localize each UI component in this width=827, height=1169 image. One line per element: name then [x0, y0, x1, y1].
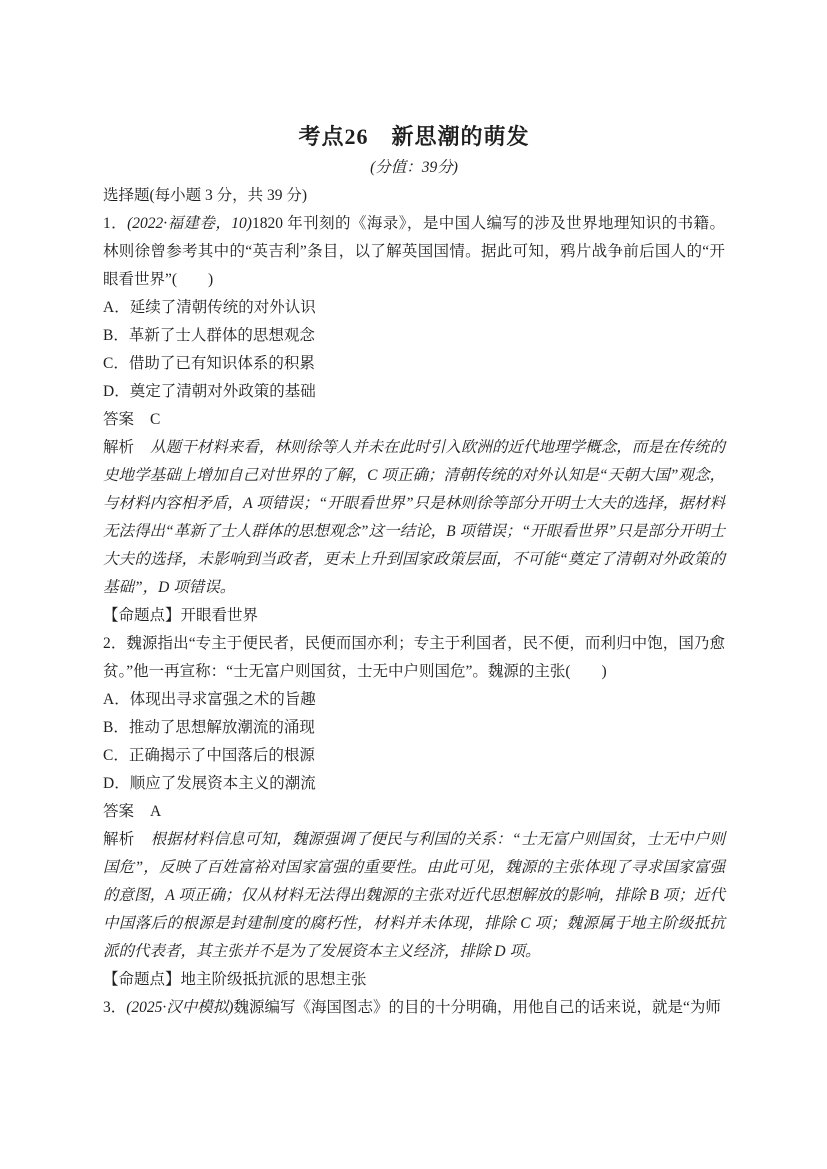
- answer-option: D．奠定了清朝对外政策的基础: [103, 378, 725, 406]
- answer-label: 答案: [103, 803, 134, 820]
- answer-option: C．借助了已有知识体系的积累: [103, 350, 725, 378]
- answer-value: C: [150, 411, 161, 428]
- section-header: 选择题(每小题 3 分，共 39 分): [103, 182, 725, 210]
- analysis-text: 根据材料信息可知，魏源强调了便民与利国的关系：“士无富户则国贫，士无中户则国危”…: [103, 831, 725, 960]
- question-text: 魏源编写《海国图志》的目的十分明确，用他自己的话来说，就是“为师: [233, 999, 720, 1016]
- analysis: 解析根据材料信息可知，魏源强调了便民与利国的关系：“士无富户则国贫，士无中户则国…: [103, 826, 725, 966]
- answer-option: D．顺应了发展资本主义的潮流: [103, 770, 725, 798]
- document-page: 考点26 新思潮的萌发 (分值：39分) 选择题(每小题 3 分，共 39 分)…: [0, 0, 827, 1169]
- answer-option: B．推动了思想解放潮流的涌现: [103, 714, 725, 742]
- score-note: (分值：39分): [103, 154, 725, 182]
- page-content: 考点26 新思潮的萌发 (分值：39分) 选择题(每小题 3 分，共 39 分)…: [0, 0, 827, 1022]
- answer-option: A．延续了清朝传统的对外认识: [103, 294, 725, 322]
- point-label: 【命题点】: [103, 971, 181, 988]
- question-stem: 3．(2025·汉中模拟)魏源编写《海国图志》的目的十分明确，用他自己的话来说，…: [103, 994, 725, 1022]
- analysis-text: 从题干材料来看，林则徐等人并未在此时引入欧洲的近代地理学概念，而是在传统的史地学…: [103, 439, 725, 596]
- answer-line: 答案A: [103, 798, 725, 826]
- point-text: 地主阶级抵抗派的思想主张: [181, 971, 367, 988]
- question-source: (2022·福建卷，10): [127, 215, 252, 232]
- point-label: 【命题点】: [103, 607, 181, 624]
- answer-line: 答案C: [103, 406, 725, 434]
- question-number: 2．: [103, 635, 126, 652]
- exam-point: 【命题点】地主阶级抵抗派的思想主张: [103, 966, 725, 994]
- question-number: 1．: [103, 215, 127, 232]
- analysis: 解析从题干材料来看，林则徐等人并未在此时引入欧洲的近代地理学概念，而是在传统的史…: [103, 434, 725, 602]
- question-stem: 1．(2022·福建卷，10)1820 年刊刻的《海录》，是中国人编写的涉及世界…: [103, 210, 725, 294]
- answer-label: 答案: [103, 411, 134, 428]
- question-number: 3．: [103, 999, 126, 1016]
- answer-value: A: [150, 803, 162, 820]
- answer-option: B．革新了士人群体的思想观念: [103, 322, 725, 350]
- answer-option: A．体现出寻求富强之术的旨趣: [103, 686, 725, 714]
- exam-point: 【命题点】开眼看世界: [103, 602, 725, 630]
- question-source: (2025·汉中模拟): [126, 999, 233, 1016]
- page-title: 考点26 新思潮的萌发: [103, 120, 725, 154]
- question-stem: 2．魏源指出“专主于便民者，民便而国亦利；专主于利国者，民不便，而利归中饱，国乃…: [103, 630, 725, 686]
- point-text: 开眼看世界: [181, 607, 259, 624]
- question-text: 魏源指出“专主于便民者，民便而国亦利；专主于利国者，民不便，而利归中饱，国乃愈贫…: [103, 635, 725, 680]
- answer-option: C．正确揭示了中国落后的根源: [103, 742, 725, 770]
- analysis-label: 解析: [103, 831, 134, 848]
- analysis-label: 解析: [103, 439, 134, 456]
